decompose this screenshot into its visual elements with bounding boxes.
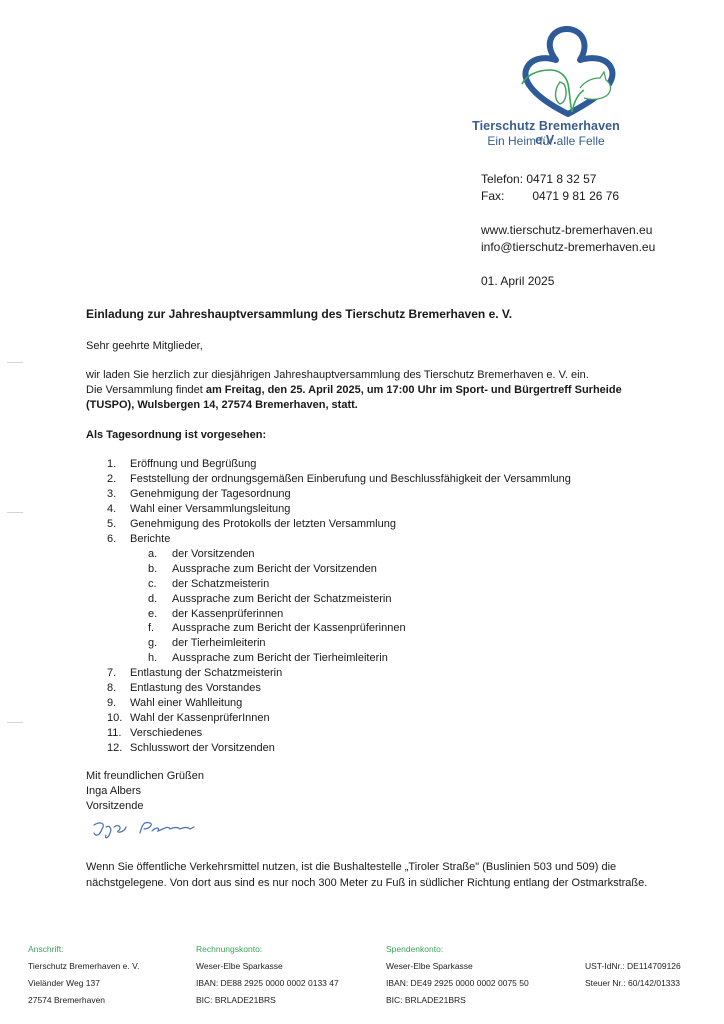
- letter-subject: Einladung zur Jahreshauptversammlung des…: [86, 307, 512, 321]
- phone-label: Telefon:: [481, 172, 523, 186]
- agenda-item: 2.Feststellung der ordnungsgemäßen Einbe…: [107, 472, 571, 487]
- item-text: Berichte: [130, 533, 170, 545]
- agenda-item: 6.Berichte: [107, 532, 571, 547]
- agenda-item: 10.Wahl der KassenprüferInnen: [107, 711, 571, 726]
- item-text: Schlusswort der Vorsitzenden: [130, 742, 275, 754]
- agenda-item: 8.Entlastung des Vorstandes: [107, 681, 571, 696]
- agenda-subitem: h.Aussprache zum Bericht der Tierheimlei…: [107, 651, 571, 666]
- phone-number: 0471 8 32 57: [526, 172, 596, 186]
- item-number: 11.: [107, 726, 130, 741]
- intro-line: Die Versammlung findet am Freitag, den 2…: [86, 383, 622, 398]
- item-text: Wahl einer Wahlleitung: [130, 697, 242, 709]
- item-number: c.: [148, 577, 172, 592]
- item-text: Genehmigung der Tagesordnung: [130, 488, 291, 500]
- fold-mark: [7, 722, 23, 723]
- agenda-heading: Als Tagesordnung ist vorgesehen:: [86, 429, 266, 441]
- meeting-details: am Freitag, den 25. April 2025, um 17:00…: [206, 384, 622, 396]
- item-number: 1.: [107, 457, 130, 472]
- item-number: a.: [148, 547, 172, 562]
- intro-line: wir laden Sie herzlich zur diesjährigen …: [86, 368, 622, 383]
- item-number: h.: [148, 651, 172, 666]
- footer-heading: Spendenkonto:: [386, 941, 529, 958]
- item-text: Aussprache zum Bericht der Kassenprüferi…: [172, 622, 406, 634]
- item-text: der Vorsitzenden: [172, 548, 255, 560]
- closing-block: Mit freundlichen Grüßen Inga Albers Vors…: [86, 769, 204, 814]
- fax-number: 0471 9 81 26 76: [532, 189, 619, 203]
- agenda-item: 5.Genehmigung des Protokolls der letzten…: [107, 517, 571, 532]
- item-number: 10.: [107, 711, 130, 726]
- agenda-subitem: f.Aussprache zum Bericht der Kassenprüfe…: [107, 621, 571, 636]
- item-number: 9.: [107, 696, 130, 711]
- item-number: 6.: [107, 532, 130, 547]
- email-link[interactable]: info@tierschutz-bremerhaven.eu: [481, 239, 655, 256]
- item-text: der Tierheimleiterin: [172, 637, 266, 649]
- agenda-subitem: e.der Kassenprüferinnen: [107, 607, 571, 622]
- transit-line: nächstgelegene. Von dort aus sind es nur…: [86, 875, 647, 891]
- agenda-item: 11.Verschiedenes: [107, 726, 571, 741]
- footer-donation-account: Spendenkonto: Weser-Elbe Sparkasse IBAN:…: [386, 941, 529, 1009]
- agenda-subitem: b.Aussprache zum Bericht der Vorsitzende…: [107, 562, 571, 577]
- footer-line: Vieländer Weg 137: [28, 975, 139, 992]
- item-number: 3.: [107, 487, 130, 502]
- item-text: Entlastung des Vorstandes: [130, 682, 261, 694]
- footer-invoice-account: Rechnungskonto: Weser-Elbe Sparkasse IBA…: [196, 941, 339, 1009]
- item-number: 7.: [107, 666, 130, 681]
- signer-role: Vorsitzende: [86, 799, 204, 814]
- agenda-list: 1.Eröffnung und Begrüßung2.Feststellung …: [107, 457, 571, 756]
- agenda-item: 9.Wahl einer Wahlleitung: [107, 696, 571, 711]
- agenda-subitem: c.der Schatzmeisterin: [107, 577, 571, 592]
- item-number: 5.: [107, 517, 130, 532]
- item-number: d.: [148, 592, 172, 607]
- fold-mark: [7, 362, 23, 363]
- intro-paragraph: wir laden Sie herzlich zur diesjährigen …: [86, 368, 622, 413]
- item-text: Aussprache zum Bericht der Tierheimleite…: [172, 652, 388, 664]
- item-text: der Kassenprüferinnen: [172, 608, 283, 620]
- footer-heading: Anschrift:: [28, 941, 139, 958]
- agenda-item: 4.Wahl einer Versammlungsleitung: [107, 502, 571, 517]
- item-text: Wahl der KassenprüferInnen: [130, 712, 270, 724]
- punch-mark: [7, 512, 23, 513]
- fax-label: Fax:: [481, 188, 529, 205]
- footer-line: Weser-Elbe Sparkasse: [386, 958, 529, 975]
- salutation: Sehr geehrte Mitglieder,: [86, 340, 203, 352]
- item-text: Genehmigung des Protokolls der letzten V…: [130, 518, 396, 530]
- item-text: Wahl einer Versammlungsleitung: [130, 503, 290, 515]
- item-number: e.: [148, 607, 172, 622]
- item-text: Aussprache zum Bericht der Schatzmeister…: [172, 593, 391, 605]
- agenda-subitem: g.der Tierheimleiterin: [107, 636, 571, 651]
- meeting-location: (TUSPO), Wulsbergen 14, 27574 Bremerhave…: [86, 398, 622, 413]
- phone-row: Telefon: 0471 8 32 57: [481, 171, 655, 188]
- closing-greeting: Mit freundlichen Grüßen: [86, 769, 204, 784]
- agenda-item: 1.Eröffnung und Begrüßung: [107, 457, 571, 472]
- footer-line: Weser-Elbe Sparkasse: [196, 958, 339, 975]
- website-link[interactable]: www.tierschutz-bremerhaven.eu: [481, 222, 655, 239]
- item-text: Verschiedenes: [130, 727, 202, 739]
- transit-note: Wenn Sie öffentliche Verkehrsmittel nutz…: [86, 859, 647, 891]
- footer-line: IBAN: DE88 2925 0000 0002 0133 47: [196, 975, 339, 992]
- item-number: 4.: [107, 502, 130, 517]
- item-number: g.: [148, 636, 172, 651]
- agenda-item: 12.Schlusswort der Vorsitzenden: [107, 741, 571, 756]
- agenda-subitem: a.der Vorsitzenden: [107, 547, 571, 562]
- item-text: Eröffnung und Begrüßung: [130, 458, 256, 470]
- item-number: f.: [148, 621, 172, 636]
- item-number: 2.: [107, 472, 130, 487]
- footer-line: IBAN: DE49 2925 0000 0002 0075 50: [386, 975, 529, 992]
- footer-line: BIC: BRLADE21BRS: [386, 992, 529, 1009]
- agenda-item: 3.Genehmigung der Tagesordnung: [107, 487, 571, 502]
- transit-line: Wenn Sie öffentliche Verkehrsmittel nutz…: [86, 859, 647, 875]
- footer-line: BIC: BRLADE21BRS: [196, 992, 339, 1009]
- footer-address: Anschrift: Tierschutz Bremerhaven e. V. …: [28, 941, 139, 1009]
- item-number: 12.: [107, 741, 130, 756]
- handwritten-signature-icon: [90, 815, 210, 843]
- fax-row: Fax: 0471 9 81 26 76: [481, 188, 655, 205]
- item-number: 8.: [107, 681, 130, 696]
- footer-tax-info: UST-IdNr.: DE114709126 Steuer Nr.: 60/14…: [585, 958, 681, 992]
- item-number: b.: [148, 562, 172, 577]
- heart-person-dog-cat-logo-icon: [520, 26, 620, 118]
- item-text: der Schatzmeisterin: [172, 578, 269, 590]
- item-text: Feststellung der ordnungsgemäßen Einberu…: [130, 473, 571, 485]
- footer-line: 27574 Bremerhaven: [28, 992, 139, 1009]
- footer-line: Tierschutz Bremerhaven e. V.: [28, 958, 139, 975]
- agenda-subitem: d.Aussprache zum Bericht der Schatzmeist…: [107, 592, 571, 607]
- signer-name: Inga Albers: [86, 784, 204, 799]
- item-text: Entlastung der Schatzmeisterin: [130, 667, 282, 679]
- intro-plain-text: Die Versammlung findet: [86, 384, 206, 396]
- footer-line: Steuer Nr.: 60/142/01333: [585, 975, 681, 992]
- item-text: Aussprache zum Bericht der Vorsitzenden: [172, 563, 377, 575]
- contact-block: Telefon: 0471 8 32 57 Fax: 0471 9 81 26 …: [481, 171, 655, 290]
- footer-heading: Rechnungskonto:: [196, 941, 339, 958]
- footer-line: UST-IdNr.: DE114709126: [585, 958, 681, 975]
- agenda-item: 7.Entlastung der Schatzmeisterin: [107, 666, 571, 681]
- organization-slogan: Ein Heim für alle Felle: [466, 134, 626, 148]
- letter-date: 01. April 2025: [481, 273, 655, 290]
